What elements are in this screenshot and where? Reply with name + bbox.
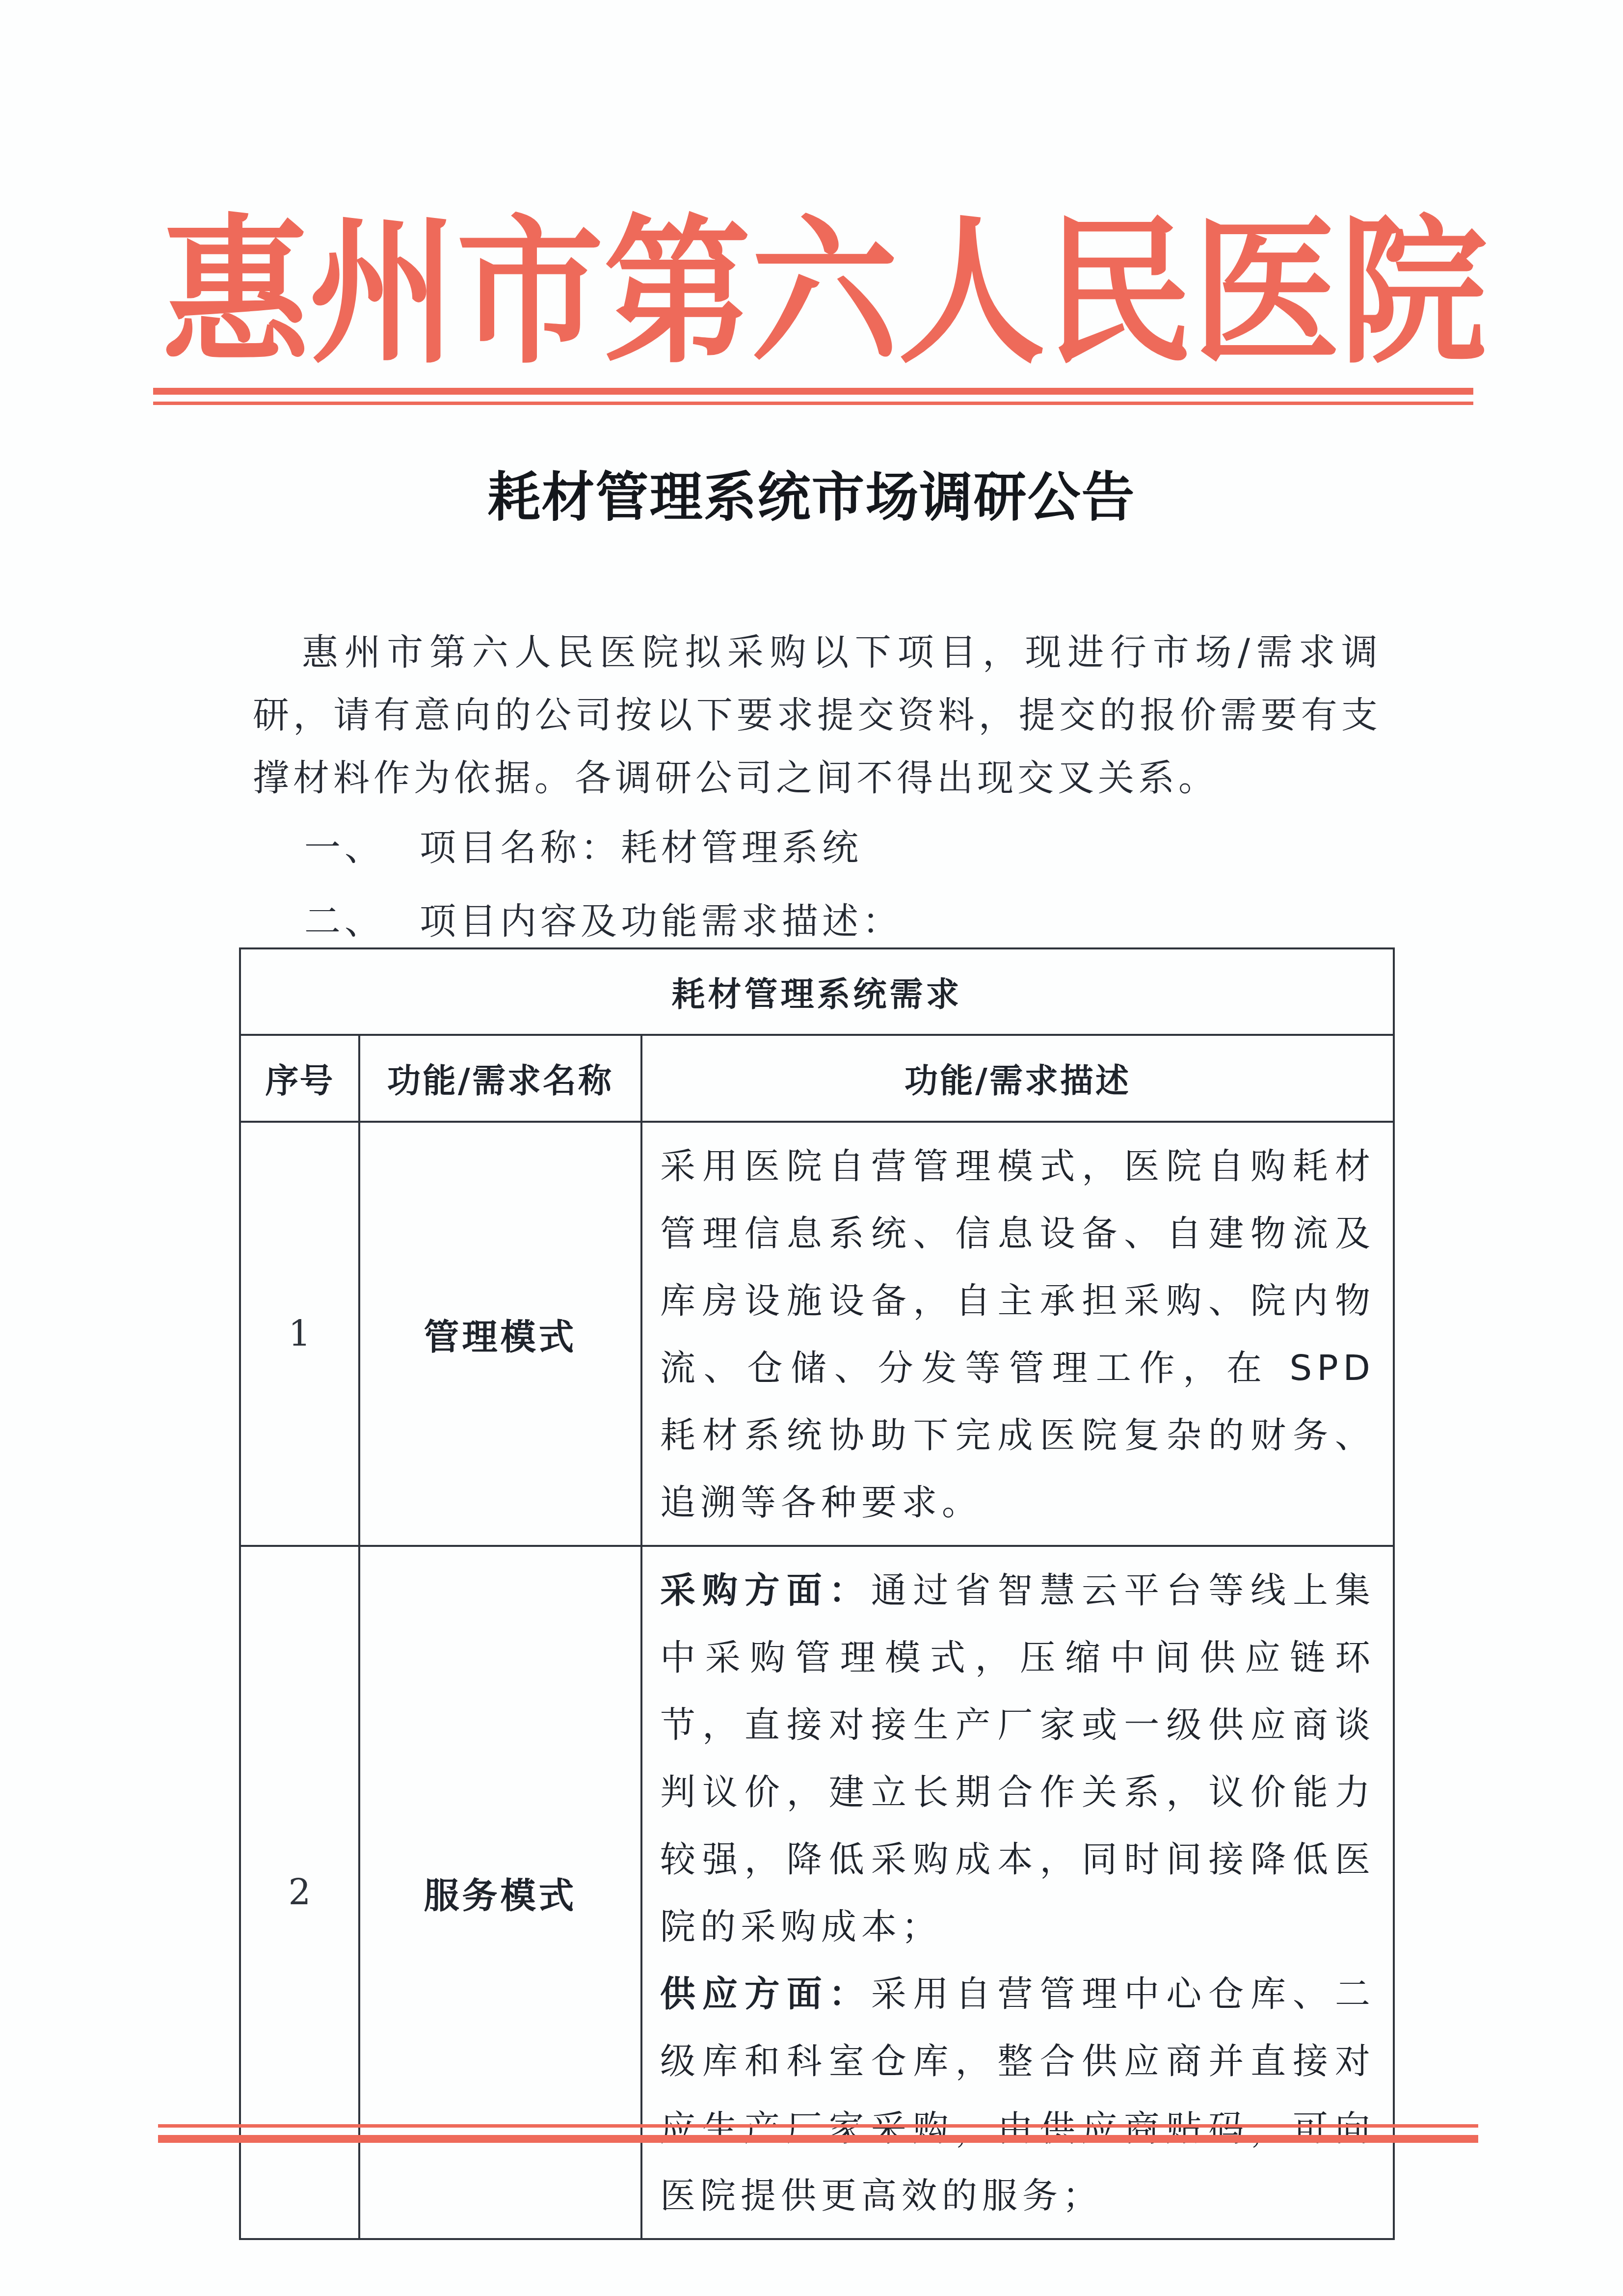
- section-item-project-content: 二、项目内容及功能需求描述：: [304, 903, 903, 940]
- column-header-seq: 序号: [240, 1035, 359, 1122]
- table-caption-row: 耗材管理系统需求: [240, 948, 1394, 1035]
- row-seq: 1: [240, 1122, 359, 1546]
- description-text: 通过省智慧云平台等线上集中采购管理模式，压缩中间供应链环节，直接对接生产厂家或一…: [660, 1569, 1375, 1947]
- description-lead: 供应方面：: [660, 1973, 871, 2014]
- section-item-project-name: 一、项目名称：耗材管理系统: [304, 830, 862, 866]
- table-row: 1 管理模式 采用医院自营管理模式，医院自购耗材管理信息系统、信息设备、自建物流…: [240, 1122, 1394, 1546]
- requirements-table: 耗材管理系统需求 序号 功能/需求名称 功能/需求描述 1 管理模式 采用医院自…: [239, 947, 1395, 2240]
- footer-rule-thin: [158, 2124, 1478, 2128]
- column-header-name: 功能/需求名称: [359, 1035, 641, 1122]
- table-header-row: 序号 功能/需求名称 功能/需求描述: [240, 1035, 1394, 1122]
- org-name-char: 第: [604, 213, 751, 372]
- header-rule-thin: [153, 402, 1473, 405]
- org-name-char: 州: [309, 213, 456, 372]
- description-paragraph: 供应方面：采用自营管理中心仓库、二级库和科室仓库，整合供应商并直接对应生产厂家采…: [660, 1960, 1375, 2229]
- section-index: 二、: [304, 903, 420, 940]
- table-caption: 耗材管理系统需求: [240, 948, 1394, 1035]
- row-name: 管理模式: [359, 1122, 641, 1546]
- column-header-description: 功能/需求描述: [641, 1035, 1394, 1122]
- org-name-char: 市: [456, 213, 604, 372]
- description-paragraph: 采用医院自营管理模式，医院自购耗材管理信息系统、信息设备、自建物流及库房设施设备…: [660, 1133, 1375, 1536]
- org-name-header: 惠 州 市 第 六 人 民 医 院: [162, 211, 1463, 373]
- section-index: 一、: [304, 830, 420, 866]
- document-title: 耗材管理系统市场调研公告: [0, 471, 1623, 524]
- header-rule-thick: [153, 388, 1473, 395]
- org-name-char: 惠: [162, 213, 309, 372]
- description-paragraph: 采购方面：通过省智慧云平台等线上集中采购管理模式，压缩中间供应链环节，直接对接生…: [660, 1557, 1375, 1960]
- section-label: 项目内容及功能需求描述：: [420, 900, 903, 943]
- intro-text: 惠州市第六人民医院拟采购以下项目，现进行市场/需求调研，请有意向的公司按以下要求…: [253, 621, 1382, 810]
- section-label: 项目名称：耗材管理系统: [420, 827, 862, 869]
- org-name-char: 人: [898, 213, 1045, 372]
- org-name-char: 六: [751, 213, 898, 372]
- intro-paragraph: 惠州市第六人民医院拟采购以下项目，现进行市场/需求调研，请有意向的公司按以下要求…: [253, 621, 1382, 810]
- footer-rule-thick: [158, 2135, 1478, 2143]
- description-lead: 采购方面：: [660, 1569, 871, 1611]
- org-name-char: 民: [1045, 213, 1193, 372]
- description-text: 采用医院自营管理模式，医院自购耗材管理信息系统、信息设备、自建物流及库房设施设备…: [660, 1145, 1375, 1523]
- org-name-char: 医: [1193, 213, 1340, 372]
- org-name-char: 院: [1340, 213, 1487, 372]
- row-description: 采用医院自营管理模式，医院自购耗材管理信息系统、信息设备、自建物流及库房设施设备…: [641, 1122, 1394, 1546]
